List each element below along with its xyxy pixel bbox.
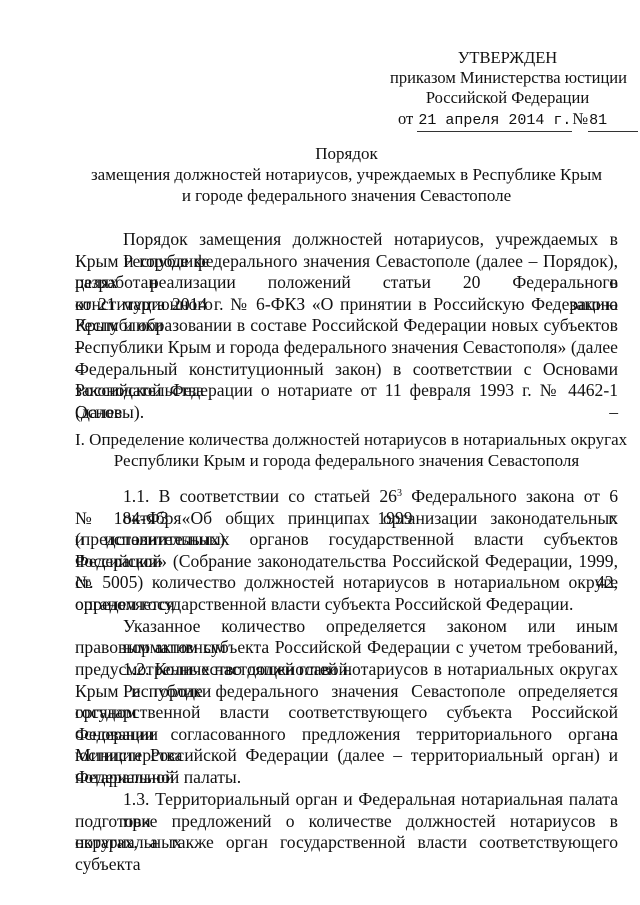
text-line: органом государственной власти субъекта … — [75, 594, 618, 616]
approval-date-line: от 21 апреля 2014 г.№81 — [390, 109, 625, 132]
approval-block: УТВЕРЖДЕН приказом Министерства юстиции … — [390, 48, 625, 132]
approval-line-1: приказом Министерства юстиции — [390, 68, 625, 88]
section-heading-line-2: Республики Крым и города федерального зн… — [75, 450, 618, 471]
title-line-2: замещения должностей нотариусов, учрежда… — [75, 164, 618, 185]
approval-number: 81 — [588, 111, 638, 132]
title-line-1: Порядок — [75, 143, 618, 164]
date-prefix: от — [398, 109, 413, 128]
document-title: Порядок замещения должностей нотариусов,… — [75, 143, 618, 206]
approval-date: 21 апреля 2014 г. — [417, 111, 572, 132]
clause-1-2: 1.2. Количество должностей нотариусов в … — [75, 659, 618, 789]
title-line-3: и городе федерального значения Севастопо… — [75, 185, 618, 206]
section-heading: I. Определение количества должностей нот… — [75, 429, 618, 471]
text-line: Российской Федерации о нотариате от 11 ф… — [75, 380, 618, 423]
text-line: округах, а также орган государственной в… — [75, 832, 618, 875]
section-heading-line-1: I. Определение количества должностей нот… — [75, 429, 618, 450]
text-line: нотариальной палаты. — [75, 767, 618, 789]
approval-line-2: Российской Федерации — [390, 88, 625, 108]
clause-1-3: 1.3. Территориальный орган и Федеральная… — [75, 789, 618, 854]
approval-heading: УТВЕРЖДЕН — [390, 48, 625, 68]
intro-paragraph: Порядок замещения должностей нотариусов,… — [75, 229, 618, 423]
number-prefix: № — [572, 109, 588, 128]
clause-1-1: 1.1. В соответствии со статьей 263 Федер… — [75, 486, 618, 680]
text-line: правовым актом субъекта Российской Федер… — [75, 637, 618, 659]
document-page: УТВЕРЖДЕН приказом Министерства юстиции … — [0, 0, 640, 905]
